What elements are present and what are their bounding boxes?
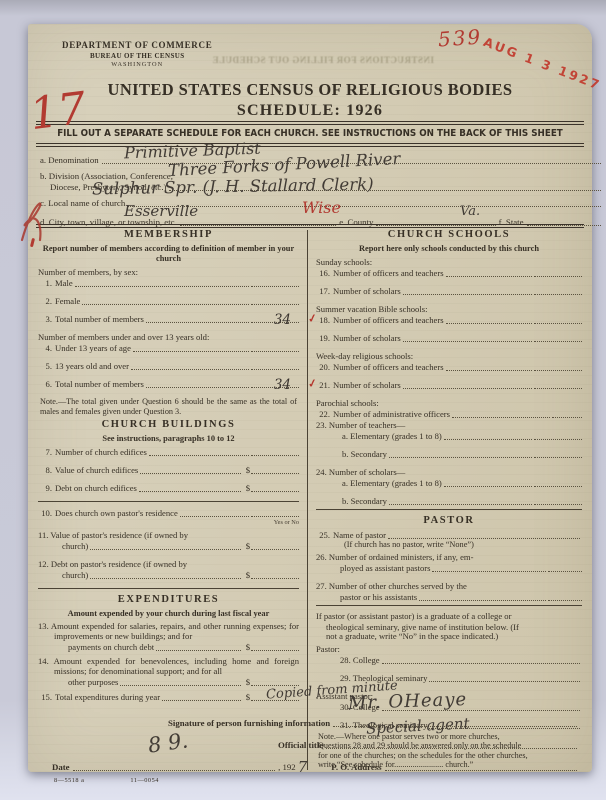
dotted-blank	[73, 768, 276, 771]
print-code: 11—0054	[130, 777, 158, 784]
q-label: 13 years old and over	[55, 361, 129, 371]
question-11-line1: 11. Value of pastor's residence (if owne…	[38, 530, 299, 540]
answer-blank: Yes or No	[251, 514, 299, 517]
dotted-blank	[128, 204, 601, 207]
question-12-line1: 12. Debt on pastor's residence (if owned…	[38, 559, 299, 569]
question-25-note: (If church has no pastor, write “None”)	[344, 540, 582, 550]
dotted-leader	[139, 489, 241, 492]
dotted-leader	[429, 679, 580, 682]
q-number: 18.	[316, 315, 333, 325]
city-entry: Esserville	[124, 206, 198, 216]
q-label: pastor or his assistants	[340, 592, 417, 602]
answer-blank	[534, 368, 582, 371]
church-buildings-title: CHURCH BUILDINGS	[38, 420, 299, 430]
instruction-bar: FILL OUT A SEPARATE SCHEDULE FOR EACH CH…	[36, 121, 584, 147]
question-26-line1: 26. Number of ordained ministers, if any…	[316, 552, 582, 562]
dotted-leader	[403, 292, 532, 295]
group-by-sex: Number of members, by sex:	[38, 267, 299, 277]
dotted-leader	[446, 274, 532, 277]
q-label: a. Elementary (grades 1 to 8)	[342, 478, 442, 488]
form-numbers: 8—5518 a11—0054	[54, 776, 205, 786]
answer-blank	[534, 437, 582, 440]
q-number: 8.	[38, 465, 55, 475]
file-number-handwritten: 539	[437, 24, 483, 51]
question-23-label: 23. Number of teachers—	[316, 420, 582, 430]
question-27-line2: pastor or his assistants	[316, 592, 582, 602]
answer-blank	[251, 489, 299, 492]
q-label: Number of scholars	[333, 286, 401, 296]
question-9: 9.Debt on church edifices$	[38, 483, 299, 493]
q-label: church)	[62, 541, 88, 551]
section-rule	[316, 605, 582, 606]
q-number: 15.	[38, 692, 55, 702]
dotted-leader	[133, 349, 249, 352]
total-members-entry: 34	[274, 380, 291, 390]
signature-label: Signature of person furnishing informati…	[168, 718, 330, 728]
dollar-sign: $	[243, 642, 251, 652]
q-label: b. Secondary	[342, 496, 387, 506]
question-16: 16.Number of officers and teachers	[316, 268, 582, 278]
answer-blank	[534, 339, 582, 342]
dotted-leader	[452, 415, 550, 418]
dollar-sign: $	[243, 483, 251, 493]
q-label: Name of pastor	[333, 530, 386, 540]
q-label: Number of officers and teachers	[333, 268, 444, 278]
group-weekday-schools: Week-day religious schools:	[316, 351, 582, 361]
question-27-line1: 27. Number of other churches served by t…	[316, 581, 582, 591]
group-by-age: Number of members under and over 13 year…	[38, 332, 299, 342]
scanned-census-form-photo: { "marks": { "file_number": "539", "rece…	[0, 0, 606, 800]
dotted-leader	[90, 547, 240, 550]
question-22: 22.Number of administrative officers	[316, 409, 582, 419]
county-entry: Wise	[302, 203, 341, 213]
red-margin-scribble	[15, 194, 51, 244]
expenditures-title: EXPENDITURES	[38, 595, 299, 605]
answer-blank	[251, 576, 299, 579]
q-number: 20.	[316, 362, 333, 372]
q-number: 4.	[38, 343, 55, 353]
answer-blank	[534, 321, 582, 324]
yes-or-no-caption: Yes or No	[274, 518, 299, 528]
dotted-leader	[140, 471, 240, 474]
bureau-city: WASHINGTON	[62, 61, 212, 69]
church-name-entry: Sulphur Spr. (J. H. Stallard Clerk)	[92, 180, 374, 195]
state-entry: Va.	[460, 207, 480, 217]
q-label: a. Elementary (grades 1 to 8)	[342, 431, 442, 441]
dotted-leader	[432, 569, 546, 572]
year-entry: 7	[298, 762, 308, 772]
question-14: 14. Amount expended for benevolences, in…	[38, 657, 299, 687]
q14-answer-line: other purposes$	[38, 677, 299, 687]
dotted-leader	[120, 683, 240, 686]
dotted-leader	[75, 284, 249, 287]
answer-blank	[548, 569, 582, 572]
dotted-leader	[146, 320, 249, 323]
answer-blank	[548, 598, 582, 601]
dotted-leader	[131, 367, 249, 370]
department-name: DEPARTMENT OF COMMERCE	[62, 40, 212, 52]
answer-blank	[534, 274, 582, 277]
question-2: 2.Female	[38, 296, 299, 306]
q-label: Number of administrative officers	[333, 409, 450, 419]
dotted-leader	[446, 368, 532, 371]
answer-blank	[251, 367, 299, 370]
q-number: 3.	[38, 314, 55, 324]
pastor-title: PASTOR	[316, 516, 582, 526]
q-label: 28. College	[340, 655, 380, 665]
answer-blank	[534, 292, 582, 295]
q-number: 19.	[316, 333, 333, 343]
dotted-leader	[388, 536, 580, 539]
question-24b: b. Secondary	[316, 496, 582, 506]
section-rule	[38, 588, 299, 589]
question-20: 20.Number of officers and teachers	[316, 362, 582, 372]
answer-blank: 34✓	[251, 385, 299, 388]
official-title-row: Official title	[38, 740, 580, 750]
dotted-leader	[444, 484, 532, 487]
census-schedule-paper: INSTRUCTIONS FOR FILLING OUT SCHEDULE DE…	[28, 24, 592, 772]
official-title-entry: Special agent	[366, 718, 470, 733]
answer-blank	[534, 502, 582, 505]
dotted-leader	[162, 698, 241, 701]
dotted-leader	[389, 455, 532, 458]
dollar-sign: $	[243, 677, 251, 687]
question-5: 5.13 years old and over	[38, 361, 299, 371]
po-address-label: P. O. Address	[331, 762, 381, 772]
dollar-sign: $	[243, 692, 251, 702]
section-rule	[316, 509, 582, 510]
question-23a: a. Elementary (grades 1 to 8)	[316, 431, 582, 441]
dotted-leader	[156, 648, 241, 651]
q-label: Number of scholars	[333, 333, 401, 343]
q-number: 7.	[38, 447, 55, 457]
answer-blank	[251, 547, 299, 550]
q-label: other purposes	[68, 677, 118, 687]
answer-blank	[552, 415, 582, 418]
answer-blank	[251, 471, 299, 474]
q-label: Number of church edifices	[55, 447, 147, 457]
question-18: 18.Number of officers and teachers	[316, 315, 582, 325]
answer-blank	[251, 648, 299, 651]
question-1: 1.Male	[38, 278, 299, 288]
church-buildings-subtitle: See instructions, paragraphs 10 to 12	[42, 434, 295, 444]
q-number: 6.	[38, 379, 55, 389]
field-c-label: c. Local name of church	[40, 198, 125, 208]
question-6: 6.Total number of members34✓	[38, 379, 299, 389]
answer-blank	[534, 455, 582, 458]
q-label: b. Secondary	[342, 449, 387, 459]
dollar-sign: $	[243, 570, 251, 580]
answer-blank	[251, 284, 299, 287]
q-label: Number of officers and teachers	[333, 315, 444, 325]
expenditures-subtitle: Amount expended by your church during la…	[42, 609, 295, 619]
date-entry: 8 9.	[147, 735, 188, 750]
q-label: Total number of members	[55, 314, 144, 324]
question-24a: a. Elementary (grades 1 to 8)	[316, 478, 582, 488]
graduate-note-line3: not a graduate, write “No” in the space …	[316, 632, 582, 642]
date-row: Date , 192 7 P. O. Address	[38, 762, 580, 772]
question-11-line2: church)$	[38, 541, 299, 551]
form-title: UNITED STATES CENSUS OF RELIGIOUS BODIES	[28, 80, 592, 100]
question-13: 13. Amount expended for salaries, repair…	[38, 622, 299, 652]
q-number: 1.	[38, 278, 55, 288]
q14-text: 14. Amount expended for benevolences, in…	[38, 657, 299, 676]
bleedthrough-text: INSTRUCTIONS FOR FILLING OUT SCHEDULE	[180, 55, 466, 65]
dollar-sign: $	[243, 541, 251, 551]
q-label: Value of church edifices	[55, 465, 138, 475]
q-number: 5.	[38, 361, 55, 371]
membership-subtitle: Report number of members according to de…	[42, 244, 295, 264]
question-19: 19.Number of scholars	[316, 333, 582, 343]
official-title-label: Official title	[278, 740, 323, 750]
dotted-leader	[146, 385, 249, 388]
question-4: 4.Under 13 years of age	[38, 343, 299, 353]
question-24-label: 24. Number of scholars—	[316, 467, 582, 477]
double-rule	[36, 143, 584, 147]
dotted-leader	[403, 386, 532, 389]
q-number: 9.	[38, 483, 55, 493]
q-label: Does church own pastor's residence	[55, 508, 178, 518]
total-members-entry: 34	[274, 315, 291, 325]
question-28: 28. College	[316, 655, 582, 665]
q-label: Female	[55, 296, 80, 306]
form-subtitle: SCHEDULE: 1926	[28, 102, 592, 120]
answer-blank	[251, 302, 299, 305]
section-rule	[38, 501, 299, 502]
dotted-leader	[389, 502, 532, 505]
check-mark: ✓	[307, 313, 318, 325]
q-number: 2.	[38, 296, 55, 306]
dotted-leader	[446, 321, 532, 324]
question-17: 17.Number of scholars	[316, 286, 582, 296]
signature-row: Signature of person furnishing informati…	[38, 718, 580, 728]
q-label: Number of scholars	[333, 380, 401, 390]
answer-blank: 34✓	[251, 320, 299, 323]
q13-answer-line: payments on church debt$	[38, 642, 299, 652]
q-label: payments on church debt	[68, 642, 154, 652]
question-10: 10.Does church own pastor's residenceYes…	[38, 508, 299, 518]
year-printed: , 192	[278, 762, 296, 772]
dotted-leader	[149, 453, 249, 456]
question-26-line2: ployed as assistant pastors	[316, 563, 582, 573]
question-8: 8.Value of church edifices$	[38, 465, 299, 475]
answer-blank	[251, 349, 299, 352]
schedule-number-handwritten: 17	[27, 83, 89, 140]
question-12-line2: church)$	[38, 570, 299, 580]
q-label: ployed as assistant pastors	[340, 563, 430, 573]
question-15: 15.Total expenditures during year$	[38, 692, 299, 702]
dotted-leader	[382, 661, 580, 664]
group-summer-schools: Summer vacation Bible schools:	[316, 304, 582, 314]
membership-note: Note.—The total given under Question 6 s…	[40, 397, 297, 416]
form-number: 8—5518 a	[54, 777, 84, 784]
group-pastor: Pastor:	[316, 644, 582, 654]
date-label: Date	[38, 762, 70, 772]
dotted-leader	[419, 598, 546, 601]
question-7: 7.Number of church edifices	[38, 447, 299, 457]
question-21: 21.Number of scholars	[316, 380, 582, 390]
q-label: church)	[62, 570, 88, 580]
field-a-label: a. Denomination	[40, 155, 99, 165]
answer-blank	[534, 386, 582, 389]
q-number: 10.	[38, 508, 55, 518]
q-number: 21.	[316, 380, 333, 390]
dotted-leader	[90, 576, 240, 579]
dotted-leader	[180, 514, 249, 517]
question-3: 3.Total number of members34✓	[38, 314, 299, 324]
q-label: Total expenditures during year	[55, 692, 160, 702]
dotted-leader	[403, 339, 532, 342]
graduate-note-line1: If pastor (or assistant pastor) is a gra…	[316, 612, 582, 622]
dollar-sign: $	[243, 465, 251, 475]
membership-title: MEMBERSHIP	[38, 230, 299, 240]
q-number: 16.	[316, 268, 333, 278]
church-schools-subtitle: Report here only schools conducted by th…	[320, 244, 578, 254]
q-label: Male	[55, 278, 73, 288]
church-schools-title: CHURCH SCHOOLS	[316, 230, 582, 240]
check-mark: ✓	[307, 378, 318, 390]
dotted-leader	[444, 437, 532, 440]
dotted-blank	[385, 768, 577, 771]
instruction-text: FILL OUT A SEPARATE SCHEDULE FOR EACH CH…	[52, 125, 567, 143]
double-rule	[36, 224, 584, 228]
q-label: Number of officers and teachers	[333, 362, 444, 372]
dotted-leader	[82, 302, 249, 305]
pastor-note-line3: for one of the churches; on the schedule…	[318, 751, 580, 761]
group-parochial-schools: Parochial schools:	[316, 398, 582, 408]
group-sunday-schools: Sunday schools:	[316, 257, 582, 267]
q-label: Debt on church edifices	[55, 483, 137, 493]
q-label: Under 13 years of age	[55, 343, 131, 353]
denomination-entry: Primitive Baptist	[124, 144, 261, 159]
q13-text: 13. Amount expended for salaries, repair…	[38, 622, 299, 641]
answer-blank	[251, 453, 299, 456]
agency-block: DEPARTMENT OF COMMERCE BUREAU OF THE CEN…	[62, 40, 212, 69]
answer-blank	[534, 484, 582, 487]
bureau-name: BUREAU OF THE CENSUS	[62, 52, 212, 61]
dotted-blank	[326, 746, 577, 749]
signature-entry: Mr. OHeaye	[348, 695, 467, 709]
question-23b: b. Secondary	[316, 449, 582, 459]
q-label: Total number of members	[55, 379, 144, 389]
q-number: 22.	[316, 409, 333, 419]
q-number: 17.	[316, 286, 333, 296]
question-25: 25.Name of pastor	[316, 530, 582, 540]
q-number: 25.	[316, 530, 333, 540]
identification-fields: a. Denomination b. Division (Association…	[40, 155, 604, 227]
